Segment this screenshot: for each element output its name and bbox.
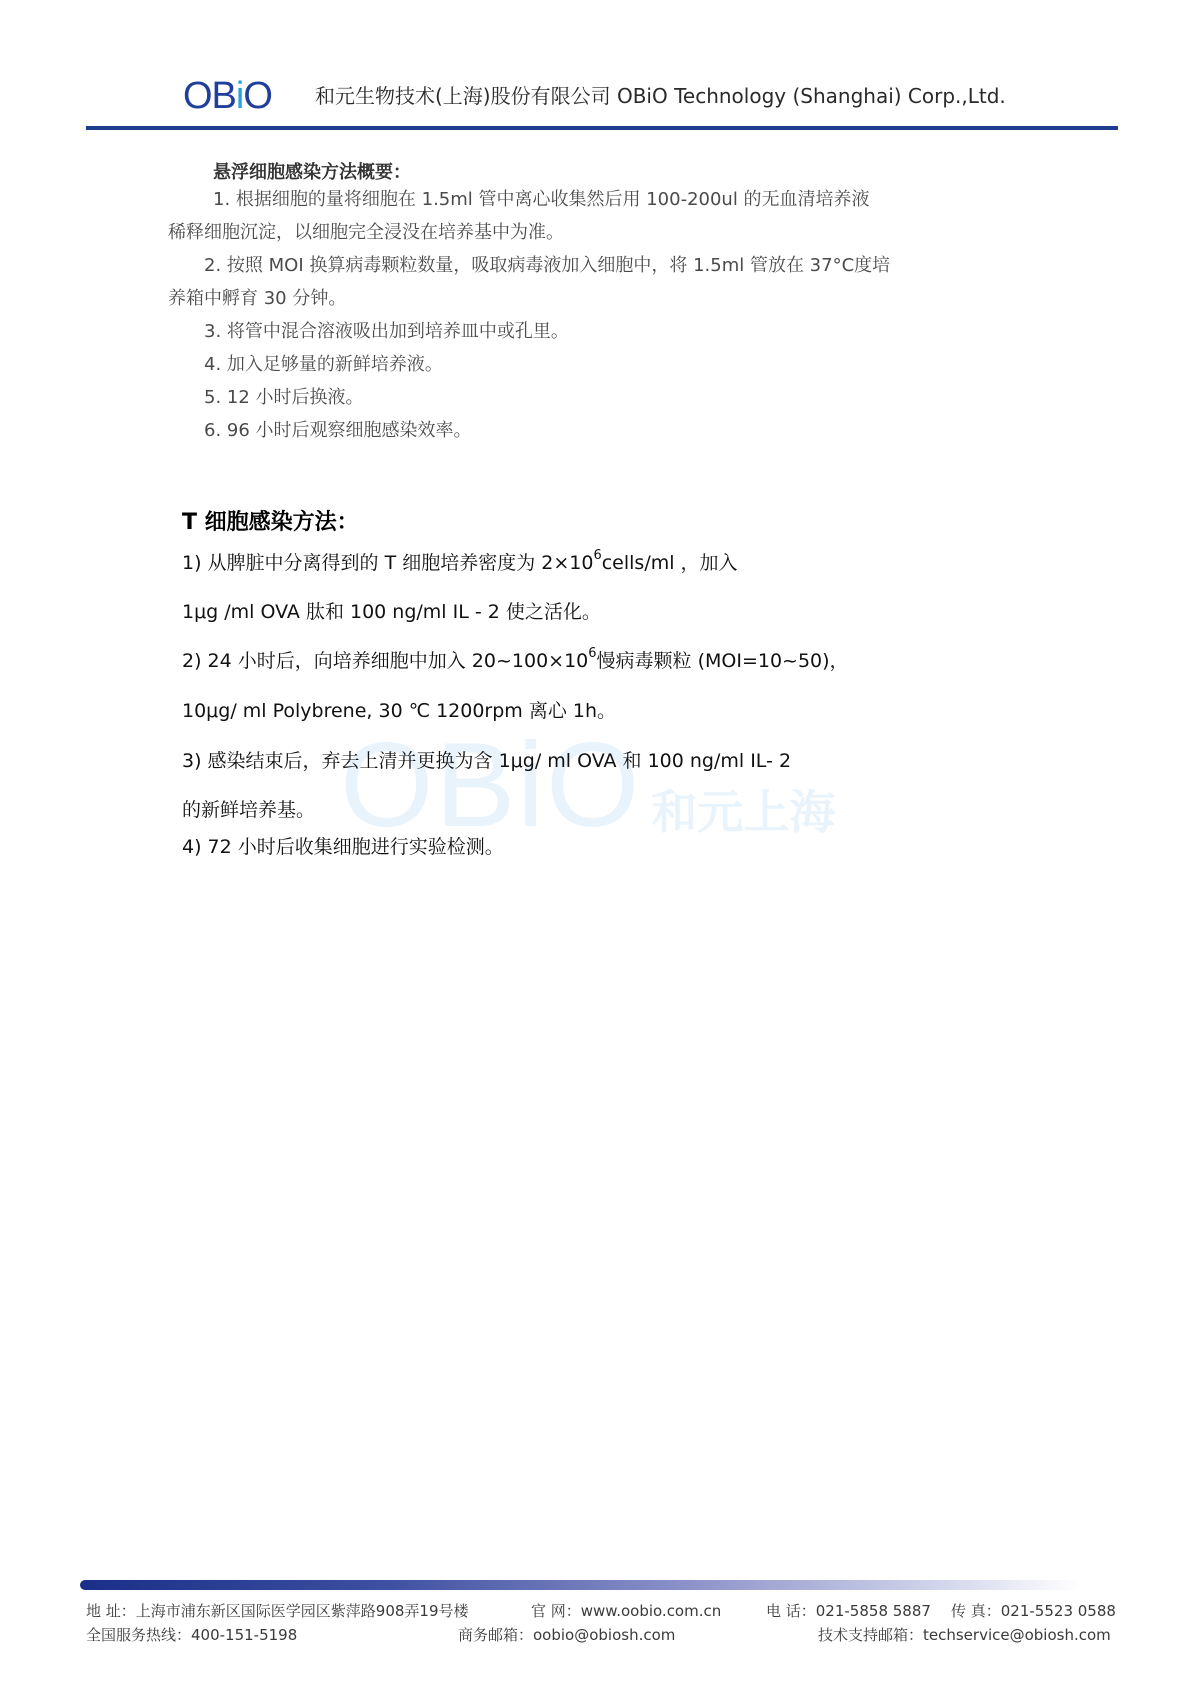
footer-address: 地 址：上海市浦东新区国际医学园区紫萍路908弄19号楼	[86, 1600, 469, 1621]
watermark-text: 和元上海	[651, 776, 835, 842]
step-line: 1μg /ml OVA 肽和 100 ng/ml IL - 2 使之活化。	[182, 599, 601, 625]
superscript: 6	[588, 646, 596, 661]
footer-tech-email[interactable]: 技术支持邮箱：techservice@obiosh.com	[818, 1624, 1111, 1645]
step-line: 6. 96 小时后观察细胞感染效率。	[204, 419, 472, 443]
footer-phone: 电 话：021-5858 5887	[766, 1600, 931, 1621]
step-line: 的新鲜培养基。	[182, 797, 315, 823]
footer-row: 地 址：上海市浦东新区国际医学园区紫萍路908弄19号楼 官 网：www.oob…	[86, 1600, 1126, 1622]
step-line: 3. 将管中混合溶液吸出加到培养皿中或孔里。	[204, 320, 569, 344]
step-text: 2) 24 小时后，向培养细胞中加入 20~100×10	[182, 650, 588, 672]
footer-row: 全国服务热线：400-151-5198 商务邮箱：oobio@obiosh.co…	[86, 1624, 1126, 1646]
step-line: 2. 按照 MOI 换算病毒颗粒数量，吸取病毒液加入细胞中，将 1.5ml 管放…	[204, 254, 890, 278]
step-line: 4) 72 小时后收集细胞进行实验检测。	[182, 834, 504, 860]
logo-text-suffix: O	[243, 75, 272, 117]
step-line: 1) 从脾脏中分离得到的 T 细胞培养密度为 2×106cells/ml ，加入	[182, 550, 738, 576]
footer-business-email[interactable]: 商务邮箱：oobio@obiosh.com	[458, 1624, 675, 1645]
header-divider	[86, 126, 1118, 130]
footer-fax: 传 真：021-5523 0588	[951, 1600, 1116, 1621]
watermark: OBiO和元上海	[340, 720, 835, 850]
obio-logo: OBiO	[183, 74, 272, 118]
step-line: 稀释细胞沉淀，以细胞完全浸没在培养基中为准。	[168, 221, 564, 245]
step-line: 3) 感染结束后，弃去上清并更换为含 1μg/ ml OVA 和 100 ng/…	[182, 748, 791, 774]
step-line: 4. 加入足够量的新鲜培养液。	[204, 353, 443, 377]
step-text: 1) 从脾脏中分离得到的 T 细胞培养密度为 2×10	[182, 552, 593, 574]
company-name: 和元生物技术(上海)股份有限公司 OBiO Technology (Shangh…	[315, 83, 1006, 109]
footer-gradient-bar	[80, 1580, 1080, 1590]
step-line: 养箱中孵育 30 分钟。	[168, 287, 346, 311]
step-text: 慢病毒颗粒 (MOI=10~50)，	[597, 650, 849, 672]
step-line: 2) 24 小时后，向培养细胞中加入 20~100×106慢病毒颗粒 (MOI=…	[182, 648, 849, 674]
footer-website[interactable]: 官 网：www.oobio.com.cn	[531, 1600, 721, 1621]
watermark-logo: OBiO	[340, 720, 641, 850]
section-title: T 细胞感染方法：	[182, 505, 359, 536]
step-line: 1. 根据细胞的量将细胞在 1.5ml 管中离心收集然后用 100-200ul …	[213, 188, 870, 212]
step-text: cells/ml ，加入	[602, 552, 738, 574]
logo-text-prefix: OB	[183, 75, 236, 117]
footer-hotline: 全国服务热线：400-151-5198	[86, 1624, 297, 1645]
superscript: 6	[593, 548, 601, 563]
page-header: OBiO 和元生物技术(上海)股份有限公司 OBiO Technology (S…	[0, 0, 1200, 135]
step-line: 5. 12 小时后换液。	[204, 386, 364, 410]
step-line: 10μg/ ml Polybrene, 30 ℃ 1200rpm 离心 1h。	[182, 698, 616, 724]
section-title: 悬浮细胞感染方法概要：	[213, 158, 411, 184]
